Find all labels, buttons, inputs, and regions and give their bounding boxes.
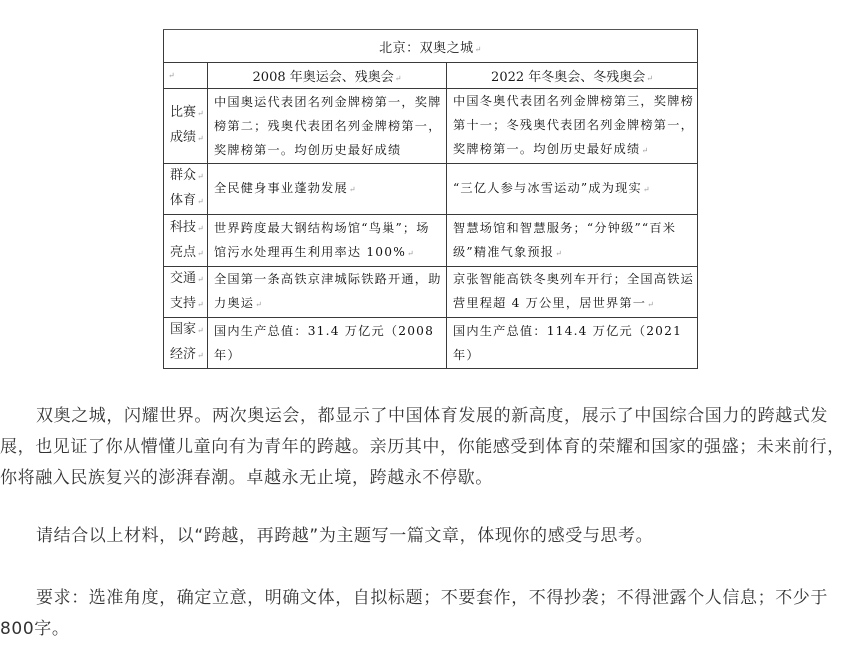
paragraph-mark-icon: ↵ <box>197 249 204 258</box>
paragraph-mark-icon: ↵ <box>168 71 175 80</box>
cell-2008-transport: 全国第一条高铁京津城际铁路开通，助力奥运↵ <box>208 267 447 318</box>
beijing-olympics-comparison-table: 北京：双奥之城↵ ↵ 2008 年奥运会、残奥会↵ 2022 年冬奥会、冬残奥会… <box>163 29 698 369</box>
paragraph-mark-icon: ↵ <box>647 300 655 309</box>
paragraph-mark-icon: ↵ <box>475 45 482 54</box>
cell-2022-economy: 国内生产总值：114.4 万亿元（2021 年） <box>447 318 698 369</box>
cell-text: 国内生产总值：31.4 万亿元（2008 年） <box>214 324 434 362</box>
cell-2008-competition: 中国奥运代表团名列金牌榜第一，奖牌榜第二；残奥代表团名列金牌榜第一，奖牌榜第一。… <box>208 89 447 164</box>
cell-2022-public-sports: “三亿人参与冰雪运动”成为现实↵ <box>447 164 698 215</box>
row-label-competition: 比赛↵ 成绩↵ <box>164 89 208 164</box>
material-paragraph: 双奥之城，闪耀世界。两次奥运会，都显示了中国体育发展的新高度，展示了中国综合国力… <box>0 401 865 494</box>
paragraph-text: 要求：选准角度，确定立意，明确文体，自拟标题；不要套作，不得抄袭；不得泄露个人信… <box>0 583 865 645</box>
paragraph-mark-icon: ↵ <box>349 185 357 194</box>
row-label-line: 科技 <box>170 220 196 235</box>
task-prompt-paragraph: 请结合以上材料，以“跨越，再跨越”为主题写一篇文章，体现你的感受与思考。 <box>0 521 865 552</box>
row-label-transport: 交通↵ 支持↵ <box>164 267 208 318</box>
header-2008: 2008 年奥运会、残奥会↵ <box>208 63 447 89</box>
row-label-tech: 科技↵ 亮点↵ <box>164 215 208 267</box>
paragraph-mark-icon: ↵ <box>643 185 651 194</box>
row-label-economy: 国家↵ 经济↵ <box>164 318 208 369</box>
cell-2008-tech: 世界跨度最大钢结构场馆“鸟巢”；场馆污水处理再生利用率达 100%↵ <box>208 215 447 267</box>
table-title-text: 北京：双奥之城 <box>379 41 474 56</box>
cell-text: “三亿人参与冰雪运动”成为现实 <box>453 181 642 195</box>
paragraph-text: 请结合以上材料，以“跨越，再跨越”为主题写一篇文章，体现你的感受与思考。 <box>0 521 865 552</box>
table-row: 国家↵ 经济↵ 国内生产总值：31.4 万亿元（2008 年） 国内生产总值：1… <box>164 318 698 369</box>
paragraph-mark-icon: ↵ <box>255 300 263 309</box>
row-label-line: 群众 <box>170 168 196 183</box>
table-row: 交通↵ 支持↵ 全国第一条高铁京津城际铁路开通，助力奥运↵ 京张智能高铁冬奥列车… <box>164 267 698 318</box>
paragraph-mark-icon: ↵ <box>197 224 204 233</box>
header-2022-text: 2022 年冬奥会、冬残奥会 <box>491 70 645 85</box>
cell-2022-tech: 智慧场馆和智慧服务；“分钟级”“百米级”精准气象预报↵ <box>447 215 698 267</box>
cell-2008-public-sports: 全民健身事业蓬勃发展↵ <box>208 164 447 215</box>
paragraph-mark-icon: ↵ <box>197 197 204 206</box>
row-label-line: 经济 <box>170 347 196 362</box>
header-2022: 2022 年冬奥会、冬残奥会↵ <box>447 63 698 89</box>
cell-2008-economy: 国内生产总值：31.4 万亿元（2008 年） <box>208 318 447 369</box>
cell-2022-transport: 京张智能高铁冬奥列车开行；全国高铁运营里程超 4 万公里，居世界第一↵ <box>447 267 698 318</box>
table-row: 比赛↵ 成绩↵ 中国奥运代表团名列金牌榜第一，奖牌榜第二；残奥代表团名列金牌榜第… <box>164 89 698 164</box>
material-table-image: 北京：双奥之城↵ ↵ 2008 年奥运会、残奥会↵ 2022 年冬奥会、冬残奥会… <box>163 29 697 362</box>
row-label-public-sports: 群众↵ 体育↵ <box>164 164 208 215</box>
cell-text: 世界跨度最大钢结构场馆“鸟巢”；场馆污水处理再生利用率达 100% <box>214 221 430 259</box>
row-label-line: 交通 <box>170 271 196 286</box>
row-label-line: 亮点 <box>170 245 196 260</box>
table-title-row: 北京：双奥之城↵ <box>164 30 698 63</box>
paragraph-mark-icon: ↵ <box>197 172 204 181</box>
paragraph-mark-icon: ↵ <box>197 134 204 143</box>
cell-text: 国内生产总值：114.4 万亿元（2021 年） <box>453 324 682 362</box>
cell-text: 中国奥运代表团名列金牌榜第一，奖牌榜第二；残奥代表团名列金牌榜第一，奖牌榜第一。… <box>214 95 442 157</box>
row-label-line: 国家 <box>170 322 196 337</box>
paragraph-mark-icon: ↵ <box>407 249 415 258</box>
paragraph-mark-icon: ↵ <box>197 326 204 335</box>
cell-text: 智慧场馆和智慧服务；“分钟级”“百米级”精准气象预报 <box>453 221 676 259</box>
cell-text: 全民健身事业蓬勃发展 <box>214 181 348 195</box>
table-row: 群众↵ 体育↵ 全民健身事业蓬勃发展↵ “三亿人参与冰雪运动”成为现实↵ <box>164 164 698 215</box>
row-label-line: 比赛 <box>170 105 196 120</box>
paragraph-mark-icon: ↵ <box>197 300 204 309</box>
paragraph-mark-icon: ↵ <box>197 351 204 360</box>
table-title: 北京：双奥之城↵ <box>164 30 698 63</box>
paragraph-mark-icon: ↵ <box>641 146 649 155</box>
header-2008-text: 2008 年奥运会、残奥会 <box>253 70 394 85</box>
table-row: 科技↵ 亮点↵ 世界跨度最大钢结构场馆“鸟巢”；场馆污水处理再生利用率达 100… <box>164 215 698 267</box>
paragraph-mark-icon: ↵ <box>197 275 204 284</box>
cell-text: 全国第一条高铁京津城际铁路开通，助力奥运 <box>214 272 442 310</box>
table-header-row: ↵ 2008 年奥运会、残奥会↵ 2022 年冬奥会、冬残奥会↵ <box>164 63 698 89</box>
paragraph-mark-icon: ↵ <box>646 74 653 83</box>
paragraph-text: 双奥之城，闪耀世界。两次奥运会，都显示了中国体育发展的新高度，展示了中国综合国力… <box>0 401 865 494</box>
header-corner-cell: ↵ <box>164 63 208 89</box>
paragraph-mark-icon: ↵ <box>395 74 402 83</box>
paragraph-mark-icon: ↵ <box>197 109 204 118</box>
requirements-paragraph: 要求：选准角度，确定立意，明确文体，自拟标题；不要套作，不得抄袭；不得泄露个人信… <box>0 583 865 645</box>
cell-text: 京张智能高铁冬奥列车开行；全国高铁运营里程超 4 万公里，居世界第一 <box>453 272 694 310</box>
row-label-line: 支持 <box>170 296 196 311</box>
row-label-line: 成绩 <box>170 130 196 145</box>
row-label-line: 体育 <box>170 193 196 208</box>
paragraph-mark-icon: ↵ <box>555 249 563 258</box>
cell-text: 中国冬奥代表团名列金牌榜第三，奖牌榜第十一；冬残奥代表团名列金牌榜第一，奖牌榜第… <box>453 94 694 156</box>
cell-2022-competition: 中国冬奥代表团名列金牌榜第三，奖牌榜第十一；冬残奥代表团名列金牌榜第一，奖牌榜第… <box>447 89 698 164</box>
